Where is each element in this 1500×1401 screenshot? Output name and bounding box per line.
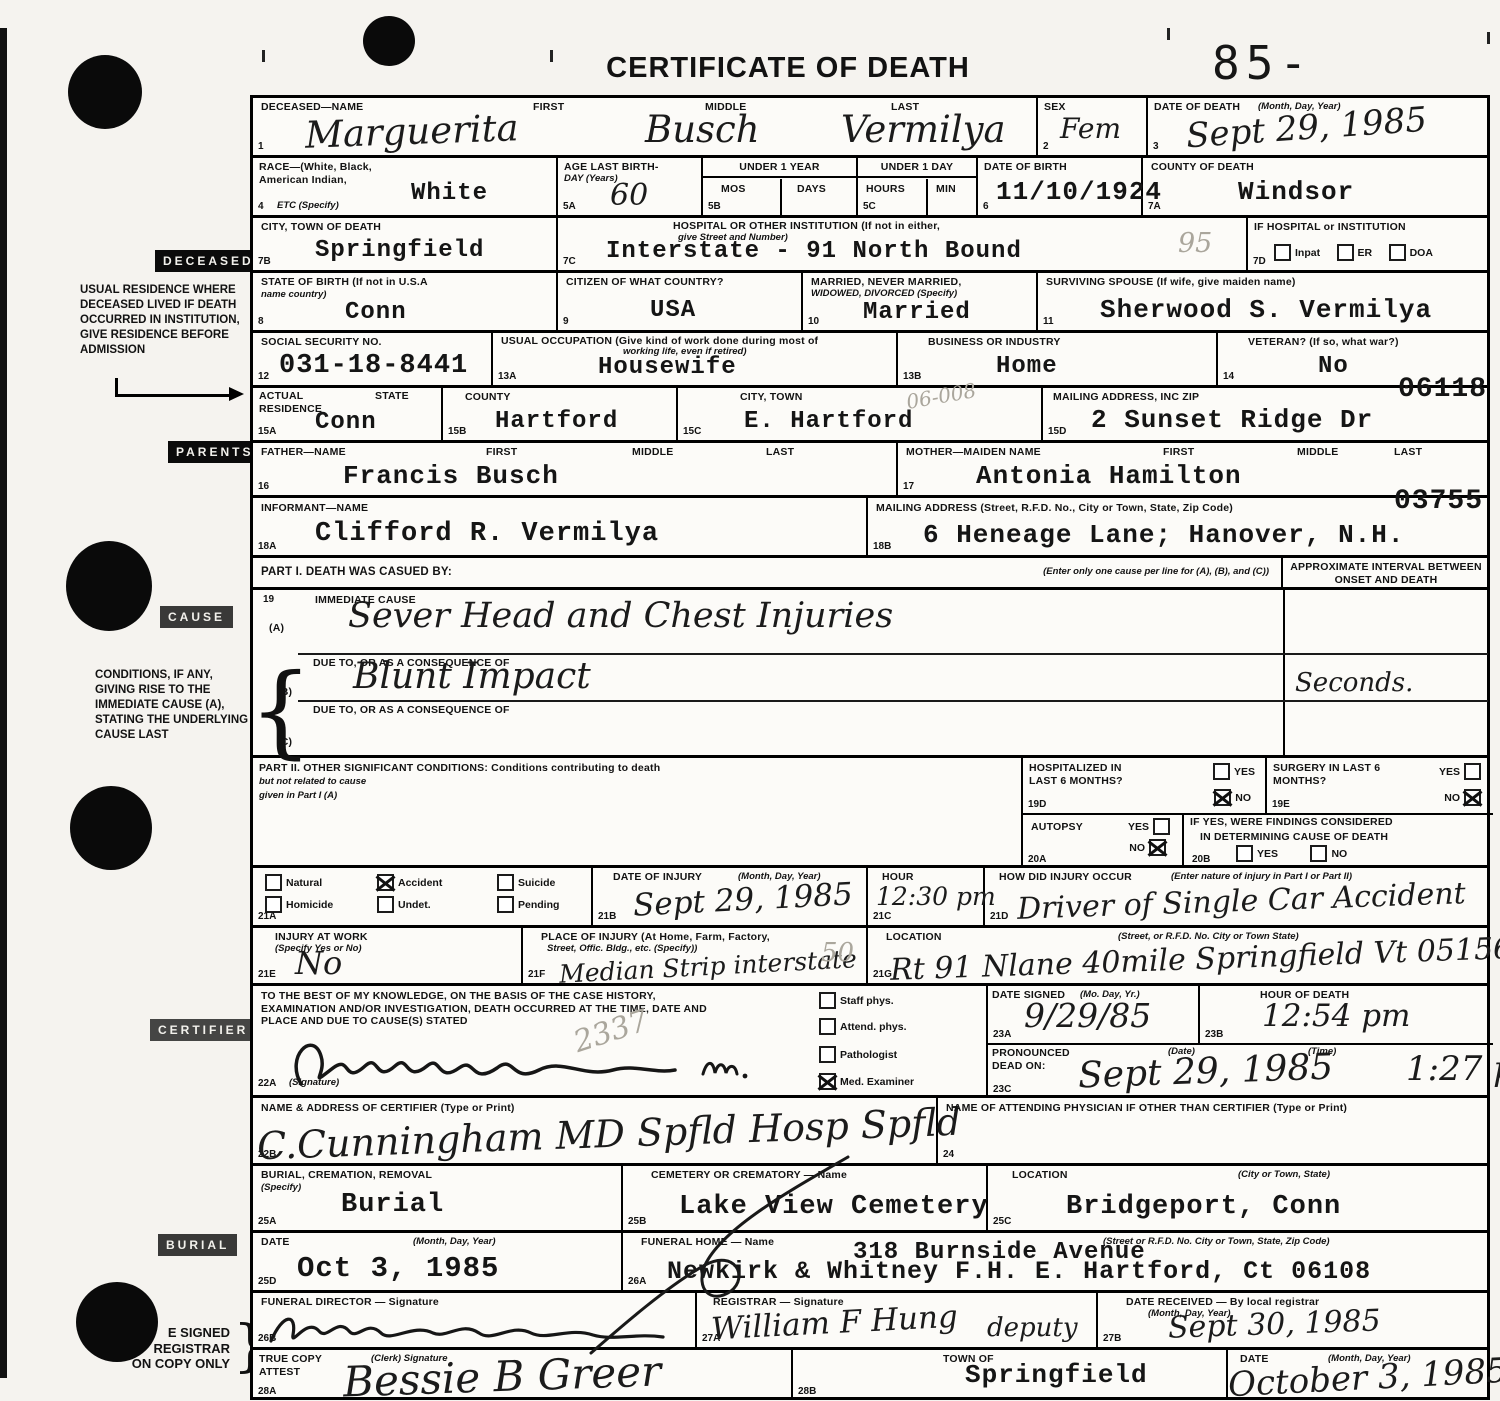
sublabel: STATE: [375, 390, 409, 403]
value-mother-name: Antonia Hamilton: [976, 461, 1242, 491]
checkbox-yes: [1213, 763, 1230, 780]
label: INFORMANT—NAME: [261, 502, 368, 515]
field-number: 18A: [258, 541, 276, 552]
field-hour-of-death: HOUR OF DEATH 23B 12:54 pm: [1200, 986, 1493, 1043]
checkbox-label: ER: [1358, 247, 1373, 259]
checkbox-label: Natural: [286, 877, 322, 889]
value-date-signed: 9/29/85: [1024, 996, 1151, 1035]
col-head-last: LAST: [1394, 446, 1422, 459]
interval-column-line: [1283, 590, 1285, 755]
option-pending: Pending: [493, 896, 559, 914]
field-number: 5B: [708, 201, 721, 212]
col-head-first: FIRST: [1163, 446, 1194, 459]
field-state-of-birth: STATE OF BIRTH (If not in U.S.A name cou…: [253, 273, 558, 330]
value-last-name: Vermilya: [841, 108, 1006, 151]
field-number: 25B: [628, 1216, 646, 1227]
interval-header: APPROXIMATE INTERVAL BETWEEN ONSET AND D…: [1283, 558, 1493, 587]
label: SOCIAL SECURITY NO.: [261, 336, 382, 349]
field-informant-address: MAILING ADDRESS (Street, R.F.D. No., Cit…: [868, 498, 1493, 555]
checkbox-no: [1310, 845, 1327, 862]
field-residence-county: COUNTY 15B Hartford: [443, 388, 678, 440]
label: IF YES, WERE FINDINGS CONSIDERED: [1190, 816, 1393, 829]
field-registrar-signature: REGISTRAR — Signature 27A William F Hung…: [697, 1293, 1098, 1347]
field-number: 7A: [1148, 201, 1161, 212]
field-number: 15C: [683, 426, 701, 437]
value-industry: Home: [996, 353, 1058, 380]
field-date-signed: DATE SIGNED (Mo. Day, Yr.) 23A 9/29/85: [988, 986, 1200, 1043]
field-hospital-institution: HOSPITAL OR OTHER INSTITUTION (If not in…: [558, 218, 1248, 270]
label: IF HOSPITAL or INSTITUTION: [1254, 221, 1406, 234]
label: IN DETERMINING CAUSE OF DEATH: [1200, 831, 1388, 844]
label: VETERAN? (If so, what war?): [1248, 336, 1399, 349]
divider: [926, 179, 928, 215]
field-how-injury-occurred: HOW DID INJURY OCCUR (Enter nature of in…: [985, 868, 1493, 925]
field-number: 10: [808, 316, 819, 327]
field-true-copy-attest: TRUE COPY ATTEST (Clerk) Signature 28A B…: [253, 1350, 793, 1400]
value-first-name: Marguerita: [304, 106, 519, 156]
field-under-one-year: UNDER 1 YEAR MOS DAYS 5B: [703, 158, 858, 215]
checkbox-label: YES: [1234, 766, 1255, 778]
print-mark: [262, 50, 265, 62]
field-number: 25D: [258, 1276, 276, 1287]
col-head-middle: MIDDLE: [1297, 446, 1338, 459]
punch-hole: [70, 786, 152, 870]
label: FUNERAL HOME — Name: [641, 1236, 774, 1249]
label: COUNTY: [465, 391, 511, 404]
value-residence-city: E. Hartford: [744, 408, 913, 435]
checkbox-label: NO: [1235, 792, 1251, 804]
section-cause-of-death: 19 IMMEDIATE CAUSE (A) Sever Head and Ch…: [253, 590, 1487, 758]
label: LOCATION: [1012, 1169, 1068, 1182]
row-residence: ACTUAL RESIDENCE STATE 15A Conn COUNTY 1…: [253, 388, 1487, 443]
checkbox-label: Inpat: [1295, 247, 1320, 259]
value-burial-date: Oct 3, 1985: [297, 1252, 499, 1285]
field-number: 25A: [258, 1216, 276, 1227]
label: ATTEST: [259, 1366, 300, 1379]
row-burial: BURIAL, CREMATION, REMOVAL (Specify) 25A…: [253, 1166, 1487, 1233]
field-mailing-address: MAILING ADDRESS, INC ZIP 06118 15D 2 Sun…: [1043, 388, 1493, 440]
field-marital-status: MARRIED, NEVER MARRIED, WIDOWED, DIVORCE…: [803, 273, 1038, 330]
field-burial-type: BURIAL, CREMATION, REMOVAL (Specify) 25A…: [253, 1166, 623, 1230]
label: SURGERY IN LAST 6 MONTHS?: [1273, 762, 1383, 787]
field-number: 23A: [993, 1029, 1011, 1040]
label: CITY, TOWN: [740, 391, 802, 404]
row-part1-header: PART I. DEATH WAS CASUED BY: (Enter only…: [253, 558, 1487, 590]
checkbox-yes: [1153, 818, 1170, 835]
label: BURIAL, CREMATION, REMOVAL: [261, 1169, 432, 1182]
field-number: 14: [1223, 371, 1234, 382]
field-number: 16: [258, 481, 269, 492]
label: MAILING ADDRESS, INC ZIP: [1053, 391, 1199, 404]
checkbox-yes: [1464, 763, 1481, 780]
label: MARRIED, NEVER MARRIED,: [811, 276, 961, 289]
checkbox-label: YES: [1128, 821, 1149, 833]
label: CITIZEN OF WHAT COUNTRY?: [566, 276, 724, 289]
row-certifier: TO THE BEST OF MY KNOWLEDGE, ON THE BASI…: [253, 986, 1487, 1098]
value-mailing-address: 2 Sunset Ridge Dr: [1091, 405, 1373, 435]
checkbox-label: Suicide: [518, 877, 555, 889]
label: CEMETERY OR CREMATORY — Name: [651, 1169, 847, 1182]
value-veteran: No: [1318, 353, 1349, 380]
checkbox-label: NO: [1129, 842, 1145, 854]
divider: [780, 179, 782, 215]
value-registrar-deputy: deputy: [987, 1313, 1078, 1343]
checkbox-yes: [1236, 845, 1253, 862]
value-sex: Fem: [1060, 112, 1121, 145]
field-hour-of-injury: HOUR 21C 12:30 pm: [868, 868, 985, 925]
field-pronounced-dead: PRONOUNCED DEAD ON: (Date) (Time) 23C Se…: [988, 1043, 1493, 1098]
field-attending-physician: NAME OF ATTENDING PHYSICIAN IF OTHER THA…: [938, 1098, 1493, 1163]
col-head-hours: HOURS: [866, 183, 905, 196]
field-burial-date: DATE (Month, Day, Year) 25D Oct 3, 1985: [253, 1233, 623, 1290]
role-med-examiner: Med. Examiner: [815, 1073, 914, 1091]
label: DATE OF INJURY: [613, 871, 702, 884]
field-town-of: TOWN OF 28B Springfield: [793, 1350, 1228, 1400]
label: DATE OF BIRTH: [984, 161, 1067, 174]
label: NAME & ADDRESS OF CERTIFIER (Type or Pri…: [261, 1102, 515, 1115]
checkbox-label: Pending: [518, 899, 559, 911]
field-ssn: SOCIAL SECURITY NO. 12 031-18-8441: [253, 333, 493, 385]
field-number: 6: [983, 201, 989, 212]
part2-subtitle: given in Part I (A): [259, 791, 337, 802]
role-attend-phys: Attend. phys.: [815, 1018, 907, 1036]
label: NAME OF ATTENDING PHYSICIAN IF OTHER THA…: [946, 1102, 1347, 1115]
punch-hole: [66, 541, 152, 631]
col-head-first: FIRST: [486, 446, 517, 459]
hospital-options: Inpat ER DOA: [1270, 244, 1433, 262]
value-residence-state: Conn: [315, 409, 377, 436]
pencil-annotation: 50: [821, 938, 854, 968]
field-cemetery-location: LOCATION (City or Town, State) 25C Bridg…: [988, 1166, 1493, 1230]
col-head-mos: MOS: [721, 183, 746, 196]
sublabel: (Month, Day, Year): [413, 1237, 496, 1248]
value-residence-county: Hartford: [495, 408, 618, 435]
field-registrar-date: DATE (Month, Day, Year) October 3, 1985: [1228, 1350, 1493, 1400]
checkbox-med-examiner: [819, 1073, 836, 1090]
field-number: 18B: [873, 541, 891, 552]
checkbox-undet: [377, 896, 394, 913]
part2-subtitle: but not related to cause: [259, 777, 366, 788]
field-injury-location: LOCATION (Street, or R.F.D. No. City or …: [868, 928, 1493, 983]
label: HOSPITALIZED IN LAST 6 MONTHS?: [1029, 762, 1144, 787]
field-findings-considered: IF YES, WERE FINDINGS CONSIDERED IN DETE…: [1184, 813, 1493, 868]
field-cemetery: CEMETERY OR CREMATORY — Name 25B Lake Vi…: [623, 1166, 988, 1230]
field-number: 2: [1043, 141, 1049, 152]
pencil-annotation: 95: [1178, 228, 1212, 259]
checkbox-label: Accident: [398, 877, 442, 889]
field-autopsy: AUTOPSY YES NO 20A: [1023, 813, 1184, 868]
value-hour-of-injury: 12:30 pm: [876, 882, 996, 911]
option-suicide: Suicide: [493, 874, 555, 892]
checkbox-suicide: [497, 874, 514, 891]
punch-hole: [68, 55, 142, 129]
label: INJURY AT WORK: [275, 931, 368, 944]
cause-line-b: [298, 700, 1488, 702]
value-how-injury-occurred: Driver of Single Car Accident: [1017, 876, 1467, 927]
sublabel: (Specify): [261, 1183, 301, 1194]
field-number: 25C: [993, 1216, 1011, 1227]
row-injury-location: INJURY AT WORK (Specify Yes or No) 21E N…: [253, 928, 1487, 986]
certifier-statement: TO THE BEST OF MY KNOWLEDGE, ON THE BASI…: [261, 990, 721, 1028]
field-number: 7C: [563, 256, 576, 267]
row-ssn-occupation: SOCIAL SECURITY NO. 12 031-18-8441 USUAL…: [253, 333, 1487, 388]
option-no: NO: [1129, 839, 1170, 857]
field-number: 5C: [863, 201, 876, 212]
value-ssn: 031-18-8441: [279, 351, 468, 381]
label: COUNTY OF DEATH: [1151, 161, 1254, 174]
sublabel: name country): [261, 290, 326, 301]
value-funeral-home: Newkirk & Whitney F.H. E. Hartford, Ct 0…: [667, 1257, 1371, 1286]
col-head-middle: MIDDLE: [632, 446, 673, 459]
checkbox-accident: [377, 874, 394, 891]
row-deceased-name: DECEASED—NAME FIRST MIDDLE LAST 1 Margue…: [253, 98, 1487, 158]
row-manner-of-death: Natural Accident Suicide Homicide Undet.…: [253, 868, 1487, 928]
field-injury-at-work: INJURY AT WORK (Specify Yes or No) 21E N…: [253, 928, 523, 983]
checkbox-label: Homicide: [286, 899, 333, 911]
label: MAILING ADDRESS (Street, R.F.D. No., Cit…: [876, 502, 1336, 515]
checkbox-pathologist: [819, 1046, 836, 1063]
field-number: 19D: [1028, 799, 1046, 810]
field-number: 23B: [1205, 1029, 1223, 1040]
residence-arrowhead: [229, 387, 244, 401]
field-residence-state: ACTUAL RESIDENCE STATE 15A Conn: [253, 388, 443, 440]
field-business-industry: BUSINESS OR INDUSTRY 13B Home: [898, 333, 1218, 385]
value-zip: 03755: [1394, 486, 1483, 517]
options-yes-no: YES NO: [1232, 845, 1347, 863]
field-number: 1: [258, 141, 264, 152]
field-place-of-injury: PLACE OF INJURY (At Home, Farm, Factory,…: [523, 928, 868, 983]
field-number: 15B: [448, 426, 466, 437]
field-age: AGE LAST BIRTH- DAY (Years) 5A 60: [558, 158, 703, 215]
copy-note-line: E SIGNED: [20, 1325, 230, 1341]
value-informant: Clifford R. Vermilya: [315, 519, 659, 549]
field-number: 8: [258, 316, 264, 327]
checkbox-label: Med. Examiner: [840, 1076, 914, 1088]
option-yes: YES: [1209, 763, 1255, 781]
field-occupation: USUAL OCCUPATION (Give kind of work done…: [493, 333, 898, 385]
field-hospitalized: HOSPITALIZED IN LAST 6 MONTHS? 19D YES N…: [1023, 758, 1267, 813]
field-funeral-director: FUNERAL DIRECTOR — Signature 26B: [253, 1293, 697, 1347]
value-race: White: [411, 180, 488, 207]
field-number: 13A: [498, 371, 516, 382]
field-date-received: DATE RECEIVED — By local registrar (Mont…: [1098, 1293, 1493, 1347]
tab-cause: CAUSE: [160, 606, 233, 628]
field-number: 19E: [1272, 799, 1290, 810]
tab-certifier: CERTIFIER: [150, 1019, 256, 1041]
option-undet: Undet.: [373, 896, 431, 914]
label: BUSINESS OR INDUSTRY: [928, 336, 1061, 349]
field-certifier-signature: TO THE BEST OF MY KNOWLEDGE, ON THE BASI…: [253, 986, 988, 1095]
label: APPROXIMATE INTERVAL BETWEEN ONSET AND D…: [1287, 561, 1485, 586]
value-date-received: Sept 30, 1985: [1167, 1303, 1381, 1345]
label: AGE LAST BIRTH-: [564, 161, 659, 174]
part1-title: PART I. DEATH WAS CASUED BY:: [261, 566, 452, 580]
print-mark: [1167, 28, 1170, 40]
checkbox-label: Undet.: [398, 899, 431, 911]
label: DATE: [261, 1236, 290, 1249]
field-manner-of-death: Natural Accident Suicide Homicide Undet.…: [253, 868, 593, 925]
field-number: 5A: [563, 201, 576, 212]
field-number: 17: [903, 481, 914, 492]
print-mark: [550, 50, 553, 62]
value-age: 60: [610, 178, 648, 213]
checkbox-label: NO: [1444, 792, 1460, 804]
label: HOSPITAL OR OTHER INSTITUTION (If not in…: [673, 220, 940, 233]
value-immediate-cause: Sever Head and Chest Injuries: [348, 596, 893, 636]
tab-deceased: DECEASED: [155, 250, 262, 272]
line-a-label: (A): [269, 622, 284, 635]
certifier-signature-scribble: [283, 1026, 783, 1096]
residence-arrow: [115, 378, 234, 397]
punch-hole: [363, 16, 415, 66]
label: PLACE OF INJURY (At Home, Farm, Factory,: [541, 931, 821, 944]
line-b-label: (B): [277, 686, 292, 699]
due-to-label: DUE TO, OR AS A CONSEQUENCE OF: [313, 704, 510, 717]
field-number: 4: [258, 201, 264, 212]
part2-title: PART II. OTHER SIGNIFICANT CONDITIONS: C…: [259, 762, 660, 775]
checkbox-label: YES: [1257, 848, 1278, 860]
option-accident: Accident: [373, 874, 442, 892]
row-certifier-name: NAME & ADDRESS OF CERTIFIER (Type or Pri…: [253, 1098, 1487, 1166]
field-number: 21F: [528, 969, 545, 980]
field-number: 3: [1153, 141, 1159, 152]
checkbox-no: [1149, 839, 1166, 856]
value-state-of-birth: Conn: [345, 299, 407, 326]
scan-edge-bar: [0, 28, 7, 1378]
field-funeral-home: FUNERAL HOME — Name (Street or R.F.D. No…: [623, 1233, 1493, 1290]
label: CITY, TOWN OF DEATH: [261, 221, 381, 234]
field-surgery: SURGERY IN LAST 6 MONTHS? 19E YES NO: [1267, 758, 1493, 813]
col-head-first: FIRST: [533, 101, 564, 114]
value-county-of-death: Windsor: [1238, 177, 1354, 207]
value-occupation: Housewife: [598, 354, 737, 381]
value-spouse: Sherwood S. Vermilya: [1100, 295, 1432, 325]
part1-header: PART I. DEATH WAS CASUED BY: (Enter only…: [253, 558, 1283, 587]
copy-only-note: E SIGNED REGISTRAR ON COPY ONLY: [20, 1325, 230, 1372]
field-number: 21E: [258, 969, 276, 980]
value-due-to-cause: Blunt Impact: [353, 656, 591, 697]
option-no: NO: [1444, 789, 1485, 807]
role-staff-phys: Staff phys.: [815, 992, 894, 1010]
field-number: 20A: [1028, 854, 1046, 865]
value-burial-type: Burial: [341, 1190, 444, 1220]
field-number: 21G: [873, 969, 892, 980]
option-yes: YES: [1128, 818, 1174, 836]
label: STATE OF BIRTH (If not in U.S.A: [261, 276, 428, 289]
row-true-copy: TRUE COPY ATTEST (Clerk) Signature 28A B…: [253, 1350, 1487, 1400]
field-number: 19: [263, 594, 274, 605]
row-race-age-birth: RACE—(White, Black, American Indian, 4 E…: [253, 158, 1487, 218]
field-number: 27B: [1103, 1333, 1121, 1344]
field-father-name: FATHER—NAME FIRST MIDDLE LAST 16 Francis…: [253, 443, 898, 495]
label: MOTHER—MAIDEN NAME: [906, 446, 1041, 459]
label: LOCATION: [886, 931, 942, 944]
field-deceased-name: DECEASED—NAME FIRST MIDDLE LAST 1 Margue…: [253, 98, 1038, 155]
label: UNDER 1 DAY: [858, 158, 976, 178]
cause-line-a: [298, 653, 1488, 655]
usual-residence-note: USUAL RESIDENCE WHERE DECEASED LIVED IF …: [80, 283, 248, 358]
checkbox-label: Pathologist: [840, 1049, 897, 1061]
label: RACE—(White, Black, American Indian,: [259, 161, 409, 186]
field-number: 7D: [1253, 256, 1266, 267]
field-city-town-of-death: CITY, TOWN OF DEATH 7B Springfield: [253, 218, 558, 270]
field-date-of-birth: DATE OF BIRTH 6 11/10/1924: [978, 158, 1143, 215]
col-head-last: LAST: [766, 446, 794, 459]
conditions-note: CONDITIONS, IF ANY, GIVING RISE TO THE I…: [95, 668, 250, 743]
field-number: 20B: [1192, 854, 1210, 865]
field-race: RACE—(White, Black, American Indian, 4 E…: [253, 158, 558, 215]
row-funeral-home: DATE (Month, Day, Year) 25D Oct 3, 1985 …: [253, 1233, 1487, 1293]
field-number: 21C: [873, 911, 891, 922]
row-parents: FATHER—NAME FIRST MIDDLE LAST 16 Francis…: [253, 443, 1487, 498]
row-informant: INFORMANT—NAME 18A Clifford R. Vermilya …: [253, 498, 1487, 558]
value-pronounced-date: Sept 29, 1985: [1077, 1047, 1334, 1097]
role-pathologist: Pathologist: [815, 1046, 897, 1064]
value-city-of-death: Springfield: [315, 237, 484, 264]
label: AUTOPSY: [1031, 821, 1083, 834]
option-yes: YES: [1439, 763, 1485, 781]
row-birth-citizen-marital: STATE OF BIRTH (If not in U.S.A name cou…: [253, 273, 1487, 333]
funeral-director-signature-scribble: [263, 1307, 683, 1349]
checkbox-doa: [1389, 244, 1406, 261]
field-number: 26A: [628, 1276, 646, 1287]
tab-burial: BURIAL: [158, 1234, 237, 1256]
value-town: Springfield: [965, 1360, 1148, 1390]
value-middle-name: Busch: [645, 108, 760, 151]
field-citizen-of: CITIZEN OF WHAT COUNTRY? 9 USA: [558, 273, 803, 330]
label: DATE OF DEATH: [1154, 101, 1240, 114]
label: HOW DID INJURY OCCUR: [999, 871, 1132, 884]
value-citizen: USA: [650, 297, 696, 324]
field-date-of-injury: DATE OF INJURY (Month, Day, Year) 21B Se…: [593, 868, 868, 925]
line-c-label: (C): [277, 736, 292, 749]
checkbox-er: [1337, 244, 1354, 261]
value-cemetery-location: Bridgeport, Conn: [1066, 1192, 1341, 1222]
field-sex: SEX 2 Fem: [1038, 98, 1148, 155]
col-head-days: DAYS: [797, 183, 826, 196]
value-cemetery: Lake View Cemetery: [679, 1192, 989, 1222]
death-certificate-scan: CERTIFICATE OF DEATH 85-003862 DECEASED …: [0, 0, 1500, 1401]
copy-note-line: ON COPY ONLY: [20, 1356, 230, 1372]
field-under-one-day: UNDER 1 DAY HOURS MIN 5C: [858, 158, 978, 215]
col-head-min: MIN: [936, 183, 956, 196]
option-natural: Natural: [261, 874, 322, 892]
field-number: 24: [943, 1149, 954, 1160]
value-hour-of-death: 12:54 pm: [1262, 998, 1410, 1034]
cause-brace: {: [249, 652, 313, 769]
label: SURVIVING SPOUSE (If wife, give maiden n…: [1046, 276, 1296, 289]
field-number: 23C: [993, 1084, 1011, 1095]
checkbox-no: [1464, 789, 1481, 806]
field-informant-name: INFORMANT—NAME 18A Clifford R. Vermilya: [253, 498, 868, 555]
checkbox-staff-phys: [819, 992, 836, 1009]
checkbox-label: DOA: [1410, 247, 1433, 259]
label: FATHER—NAME: [261, 446, 346, 459]
checkbox-label: NO: [1331, 848, 1347, 860]
value-father-name: Francis Busch: [343, 461, 559, 491]
sublabel: (City or Town, State): [1238, 1170, 1330, 1181]
field-number: 12: [258, 371, 269, 382]
field-residence-city: CITY, TOWN 15C E. Hartford 06-008: [678, 388, 1043, 440]
certificate-form: DECEASED—NAME FIRST MIDDLE LAST 1 Margue…: [250, 95, 1490, 1400]
field-date-of-death: DATE OF DEATH (Month, Day, Year) 3 Sept …: [1148, 98, 1493, 155]
value-informant-address: 6 Heneage Lane; Hanover, N.H.: [923, 520, 1404, 550]
value-zip: 06118: [1398, 374, 1487, 405]
part1-note: (Enter only one cause per line for (A), …: [1043, 567, 1269, 578]
checkbox-label: YES: [1439, 766, 1460, 778]
option-no: NO: [1210, 789, 1251, 807]
checkbox-attend-phys: [819, 1018, 836, 1035]
